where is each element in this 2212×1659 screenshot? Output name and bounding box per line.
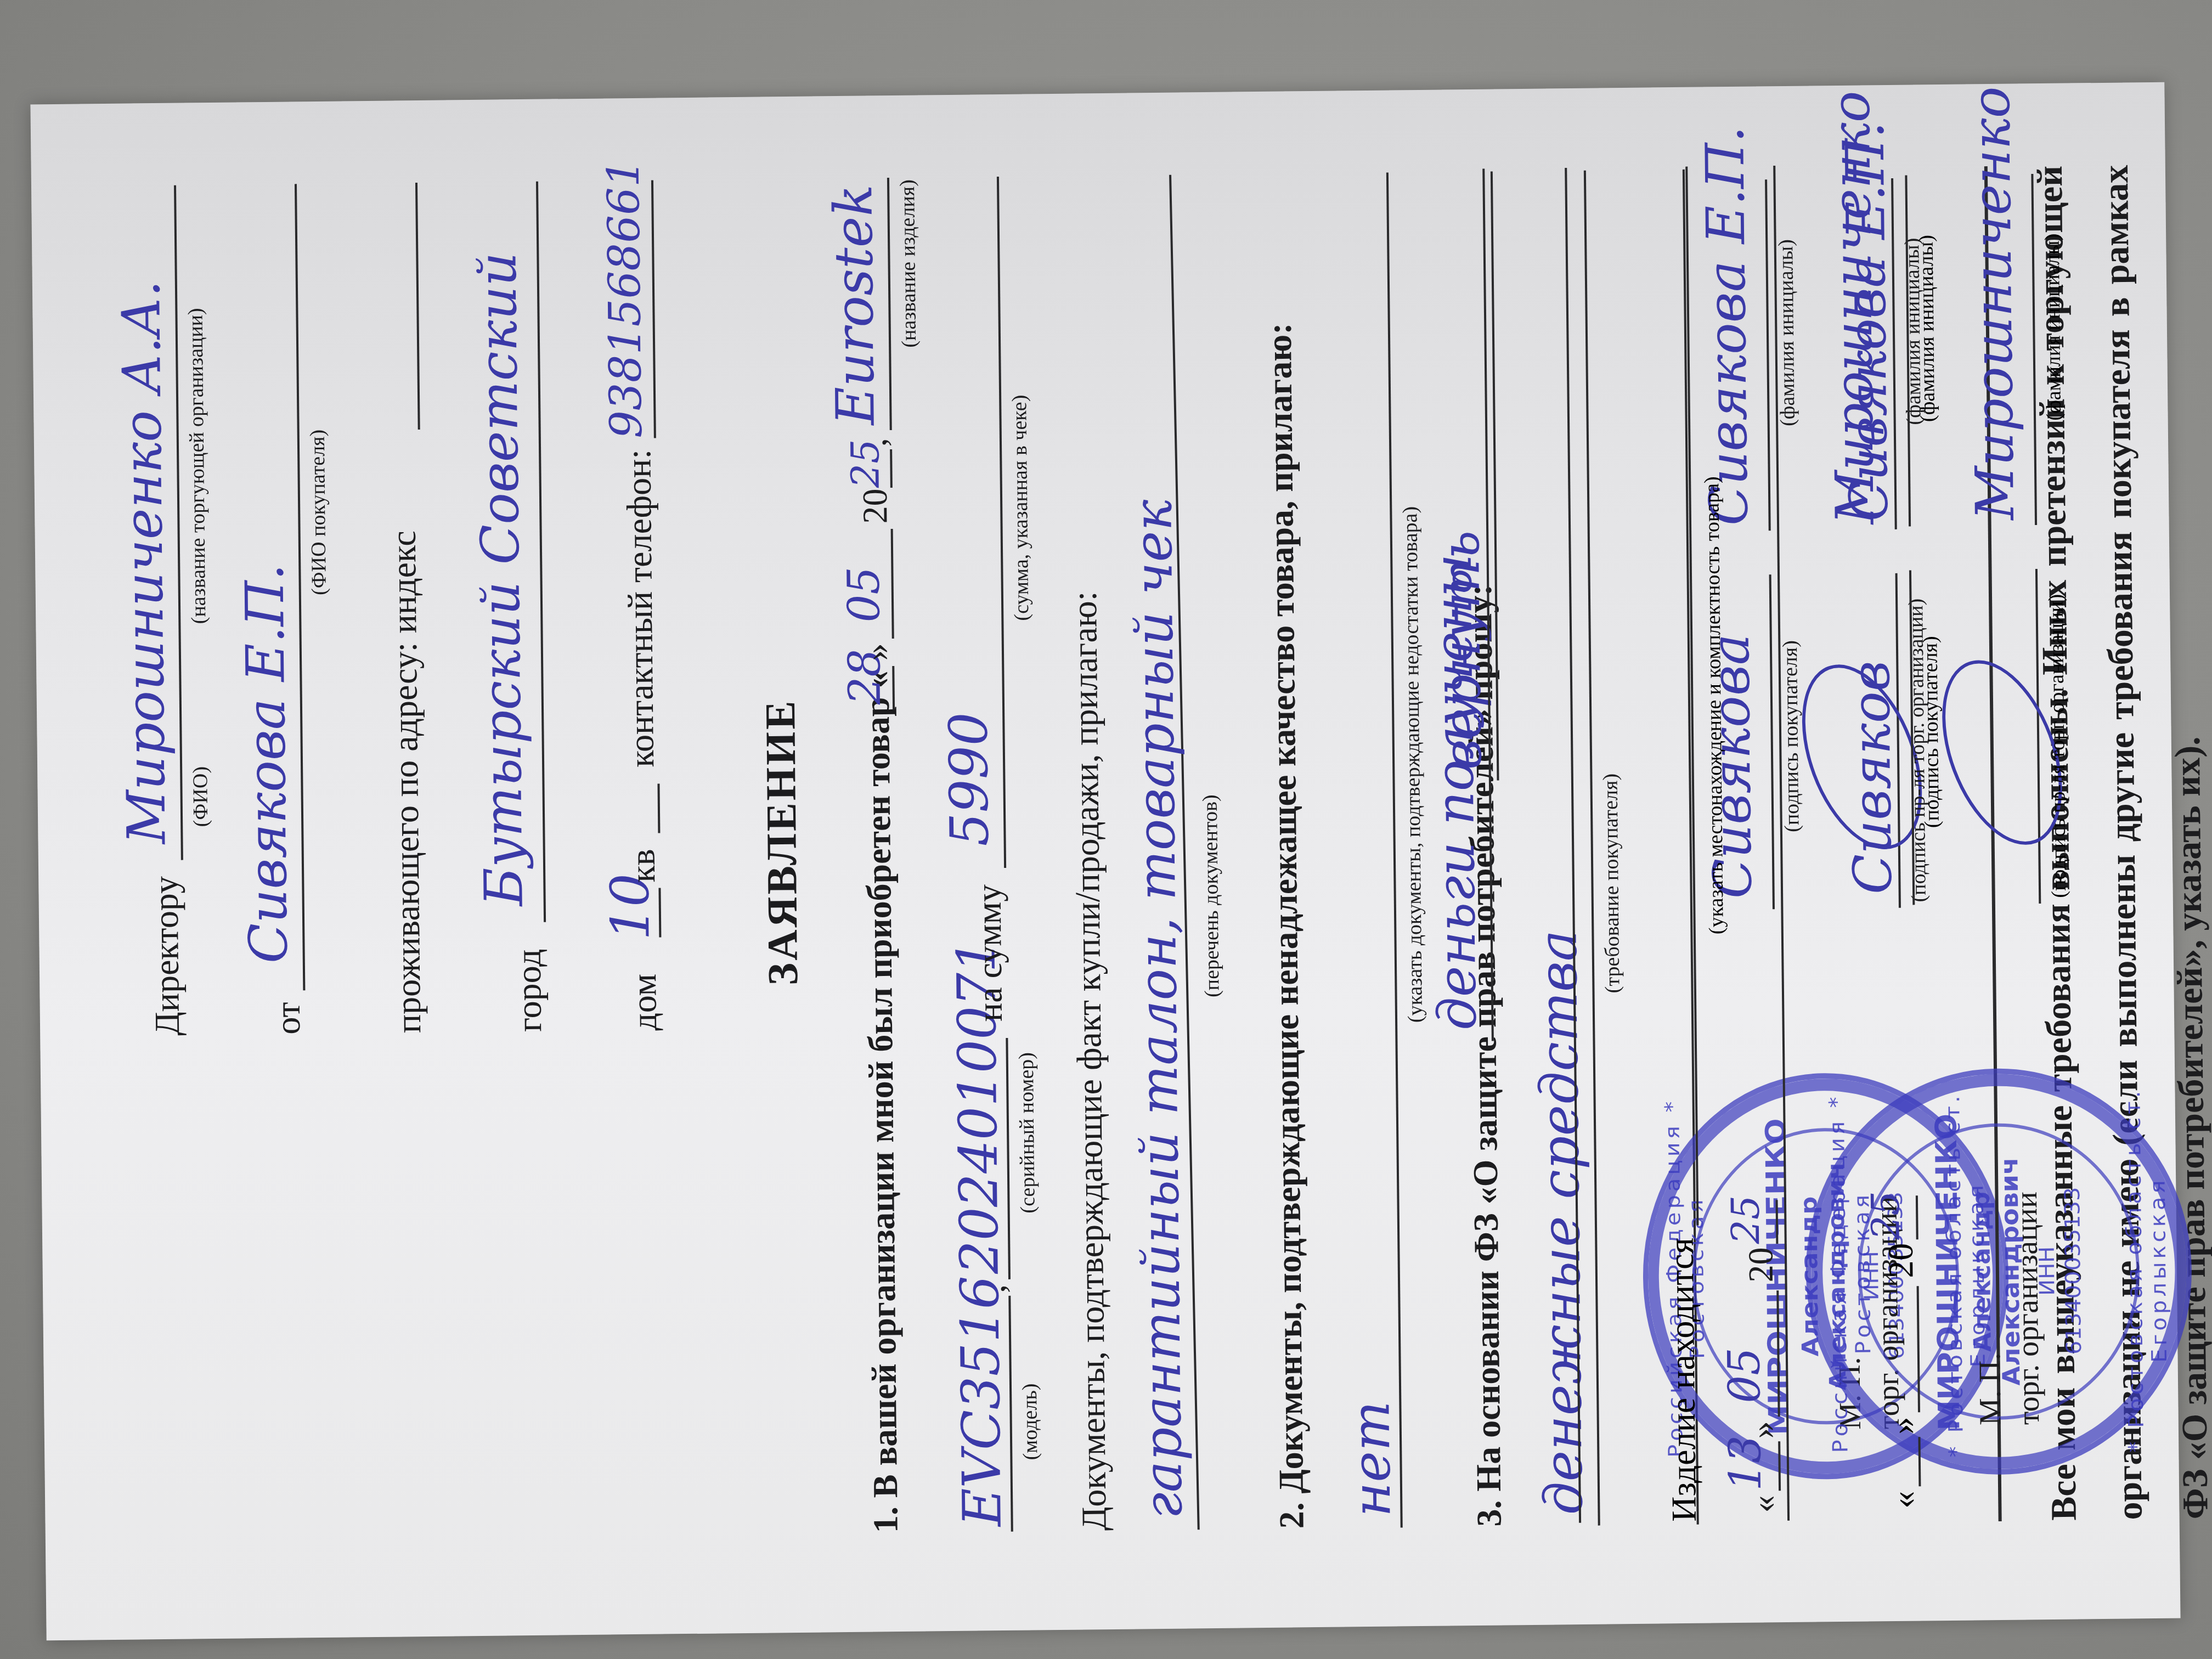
item3-value-line2[interactable]: денежные средства <box>1531 930 1590 1515</box>
sum-value[interactable]: 5990 <box>942 712 996 847</box>
stamp-outer-text-bottom: * Ростовская область ст. Егорлыкская <box>1941 1077 1990 1472</box>
purchase-year-line <box>890 449 893 488</box>
address-label: проживающего по адресу: индекс <box>386 531 427 1034</box>
director-handwritten-value[interactable]: Мирошниченко А.А. <box>115 280 173 844</box>
date1-quote-open: « <box>1746 1495 1781 1513</box>
date1-day[interactable]: 13 <box>1723 1435 1768 1492</box>
date1-year[interactable]: 25 <box>1726 1195 1765 1244</box>
company-stamp-1: Российская Федерация * Ростовская * Рост… <box>1641 1071 2011 1481</box>
sum-caption: (сумма, указанная в чеке) <box>1007 395 1034 621</box>
stamp-firstname: Александр <box>1794 1079 1825 1474</box>
item2-value[interactable]: нет <box>1344 1401 1398 1517</box>
serial-caption: (серийный номер) <box>1014 1052 1040 1214</box>
model-caption: (модель) <box>1018 1384 1042 1460</box>
product-name-value[interactable]: Eurostek <box>827 184 882 425</box>
item2-text: 2. Документы, подтверждающие ненадлежаще… <box>1262 323 1310 1529</box>
date1-quote-close: » <box>1745 1421 1780 1439</box>
director-label: Директору <box>148 876 185 1036</box>
from-caption: (ФИО покупателя) <box>306 430 331 596</box>
sum-label: на сумму <box>971 884 1008 1022</box>
house-label: дом <box>627 974 662 1031</box>
from-handwritten-value[interactable]: Сивякова Е.П. <box>238 563 295 963</box>
from-label: от <box>270 1002 306 1035</box>
comma: , <box>857 438 892 447</box>
postal-index-line <box>415 183 420 430</box>
house-handwritten-value[interactable]: 10 <box>603 873 657 940</box>
phone-field-line <box>651 180 656 438</box>
purchase-month-line <box>891 529 894 639</box>
city-field-line <box>536 182 546 922</box>
purchase-year-prefix: 20 <box>857 488 893 524</box>
apartment-field-line <box>657 784 660 833</box>
stamp-outer-text: Российская Федерация * Ростовская <box>1661 1080 1710 1476</box>
city-handwritten-value[interactable]: Бутырский Советский <box>471 252 530 906</box>
director-caption-org: (название торгующей организации) <box>183 308 211 624</box>
quote-close: » <box>859 643 894 661</box>
document-title: ЗАЯВЛЕНИЕ <box>755 698 808 985</box>
mp-org-label-1: торг. организации <box>1869 1196 1906 1430</box>
item1-lead: 1. В вашей организации мной был приобрет… <box>857 670 905 1533</box>
claim-form-sheet-continued <box>1336 0 2175 978</box>
city-label: город <box>511 949 548 1032</box>
purchase-day-line <box>892 666 895 710</box>
phone-handwritten-value[interactable]: 9381568661 <box>602 159 648 439</box>
date1-month[interactable]: 05 <box>1722 1347 1767 1404</box>
purchase-month-value[interactable]: 05 <box>842 566 886 623</box>
comma: , <box>975 1284 1011 1294</box>
date1-year-prefix: 20 <box>1743 1247 1779 1283</box>
product-name-caption: (название изделия) <box>895 179 921 348</box>
phone-label: контактный телефон: <box>621 449 659 768</box>
sale-docs-value[interactable]: гарантийный талон, товарный чек <box>1126 499 1189 1519</box>
sale-docs-label: Документы, подтверждающие факт купли/про… <box>1067 591 1112 1531</box>
item1-text: 1. В вашей организации мной был приобрет… <box>859 670 903 1533</box>
mp-label-1: М. П. <box>1832 1357 1868 1430</box>
date1-year-line <box>1776 1200 1779 1244</box>
sale-docs-caption: (перечень документов) <box>1198 794 1224 997</box>
product-name-line <box>887 178 892 430</box>
apartment-label: кв <box>625 849 661 883</box>
director-caption-fio: (ФИО) <box>188 766 213 827</box>
model-value[interactable]: EVC3516 <box>953 1276 1009 1527</box>
